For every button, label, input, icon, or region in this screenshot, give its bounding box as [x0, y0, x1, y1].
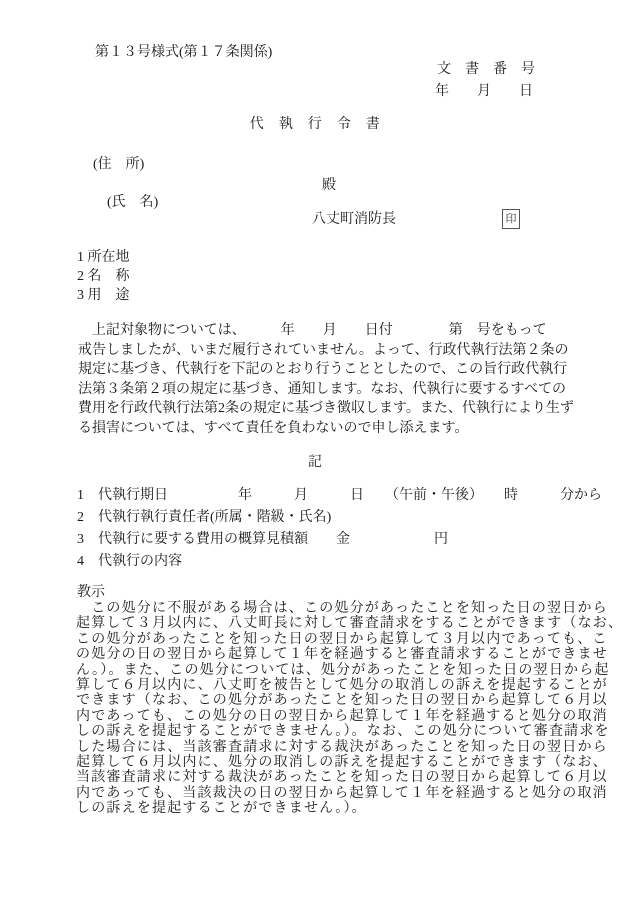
ki-heading: 記: [0, 454, 630, 471]
form-number: 第１３号様式(第１７条関係): [95, 44, 272, 61]
date-blank-line: 年 月 日: [435, 83, 533, 100]
notification-paragraph: 上記対象物については、 年 月 日付 第 号をもって 戒告しましたが、いまだ履行…: [78, 321, 574, 438]
appeal-instruction-paragraph: この処分に不服がある場合は、この処分があったことを知った日の翌日から 起算して３…: [76, 601, 623, 817]
issuer-name: 八丈町消防長: [312, 211, 396, 228]
doc-number-label: 文 書 番 号: [437, 61, 535, 78]
execution-item-list: 1 代執行期日 年 月 日 （午前・午後） 時 分から 2 代執行執行責任者(所…: [77, 485, 602, 573]
document-page: 第１３号様式(第１７条関係) 文 書 番 号 年 月 日 代 執 行 令 書 (…: [0, 0, 630, 903]
property-item-list: 1 所在地 2 名 称 3 用 途: [77, 248, 130, 305]
addressee-honorific: 殿: [322, 177, 336, 194]
page-title: 代 執 行 令 書: [0, 116, 630, 133]
addressee-name-label: (氏 名): [107, 195, 158, 210]
addressee-address-label: (住 所): [93, 156, 144, 173]
appeal-instruction-heading: 教示: [77, 584, 105, 601]
seal-stamp: 印: [502, 209, 520, 229]
